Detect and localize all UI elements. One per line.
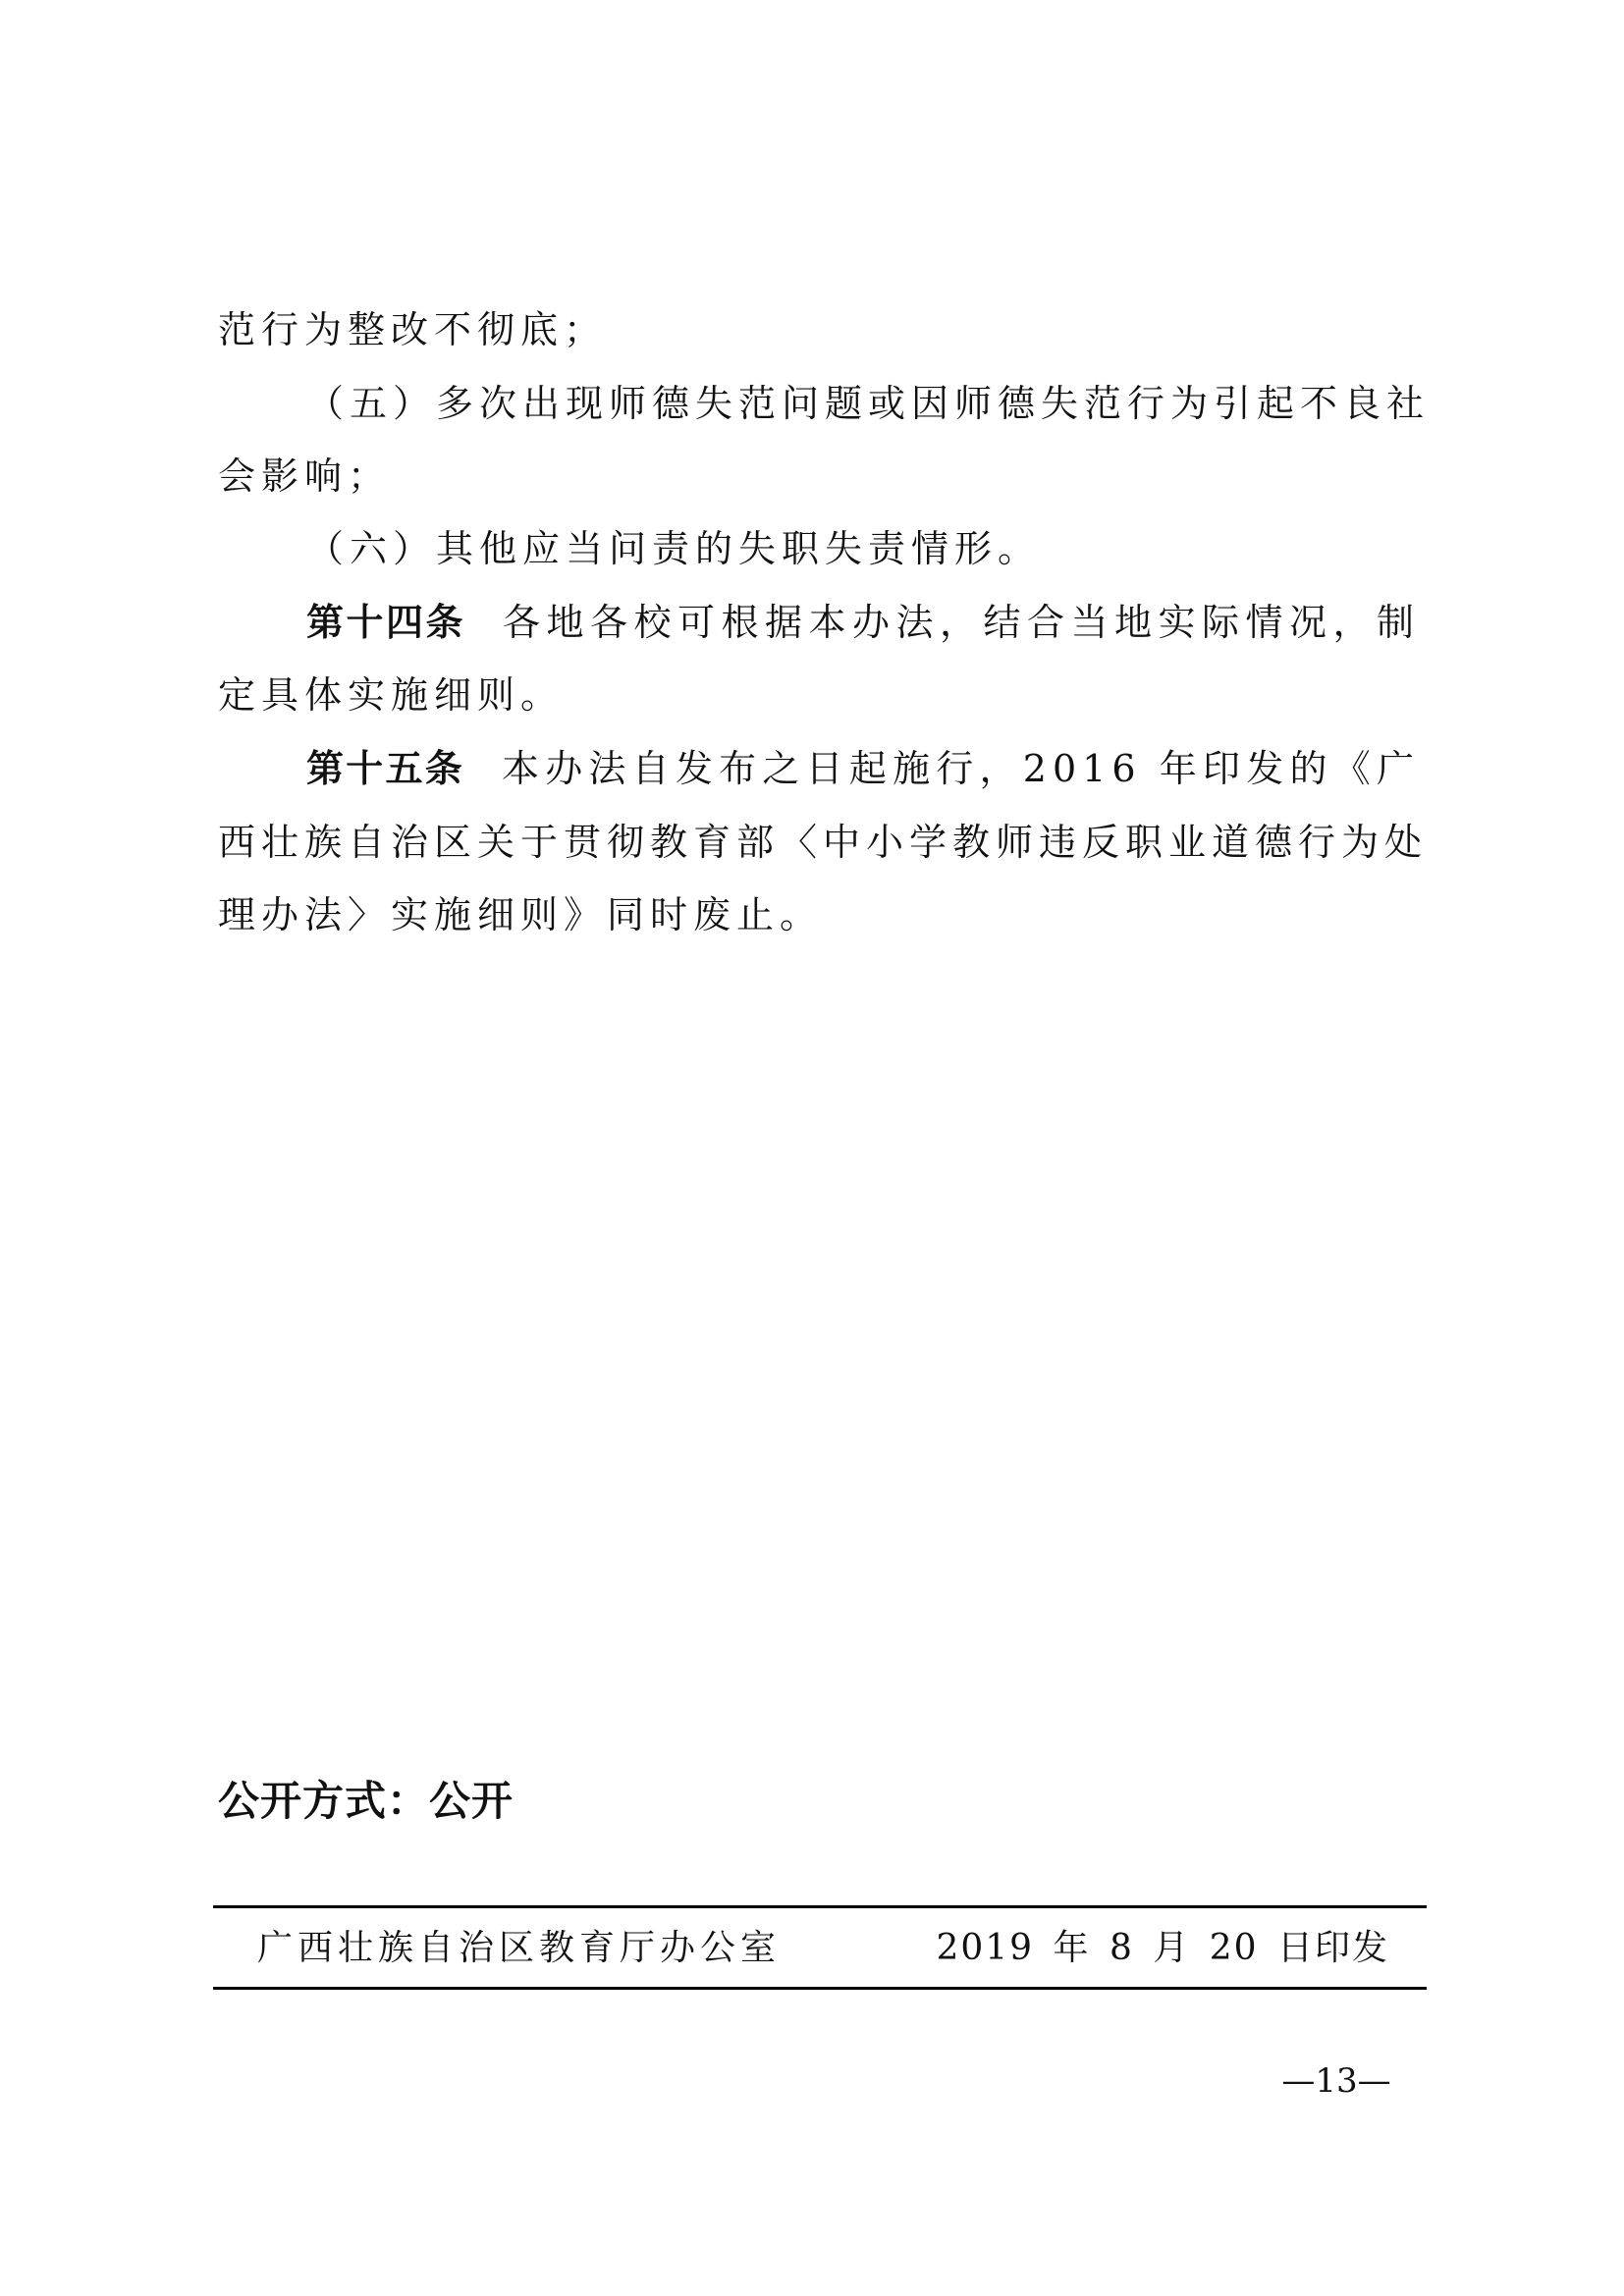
- footer-bottom-rule: [213, 1987, 1427, 1990]
- article-14-text: 各地各校可根据本办法，结合当地实际情况，制: [503, 601, 1420, 644]
- article-14-line-1: 第十四条各地各校可根据本办法，结合当地实际情况，制: [306, 586, 1420, 660]
- list-item-5-line-2: 会影响；: [218, 440, 1420, 513]
- issuer-name: 广西壮族自治区教育厅办公室: [257, 1910, 781, 1987]
- article-15-line-2: 西壮族自治区关于贯彻教育部〈中小学教师违反职业道德行为处: [218, 806, 1420, 880]
- document-page: 范行为整改不彻底； （五）多次出现师德失范问题或因师德失范行为引起不良社 会影响…: [0, 0, 1624, 2296]
- article-15-line-1: 第十五条本办法自发布之日起施行，2016 年印发的《广: [306, 732, 1420, 806]
- article-15-label: 第十五条: [306, 747, 464, 790]
- body-line: 范行为整改不彻底；: [218, 294, 1420, 367]
- issue-date: 2019 年 8 月 20 日印发: [936, 1910, 1389, 1987]
- article-14-label: 第十四条: [306, 601, 465, 644]
- article-14-line-2: 定具体实施细则。: [218, 659, 1420, 732]
- footer-imprint: 广西壮族自治区教育厅办公室 2019 年 8 月 20 日印发: [213, 1910, 1427, 1987]
- list-item-5-line-1: （五）多次出现师德失范问题或因师德失范行为引起不良社: [306, 367, 1420, 441]
- disclosure-mode: 公开方式：公开: [218, 1767, 514, 1836]
- footer-top-rule: [213, 1905, 1427, 1908]
- article-15-text: 本办法自发布之日起施行，2016 年印发的《广: [502, 747, 1420, 790]
- list-item-6: （六）其他应当问责的失职失责情形。: [306, 512, 1420, 586]
- page-number: —13—: [1272, 2056, 1400, 2106]
- article-15-line-3: 理办法〉实施细则》同时废止。: [218, 879, 1420, 952]
